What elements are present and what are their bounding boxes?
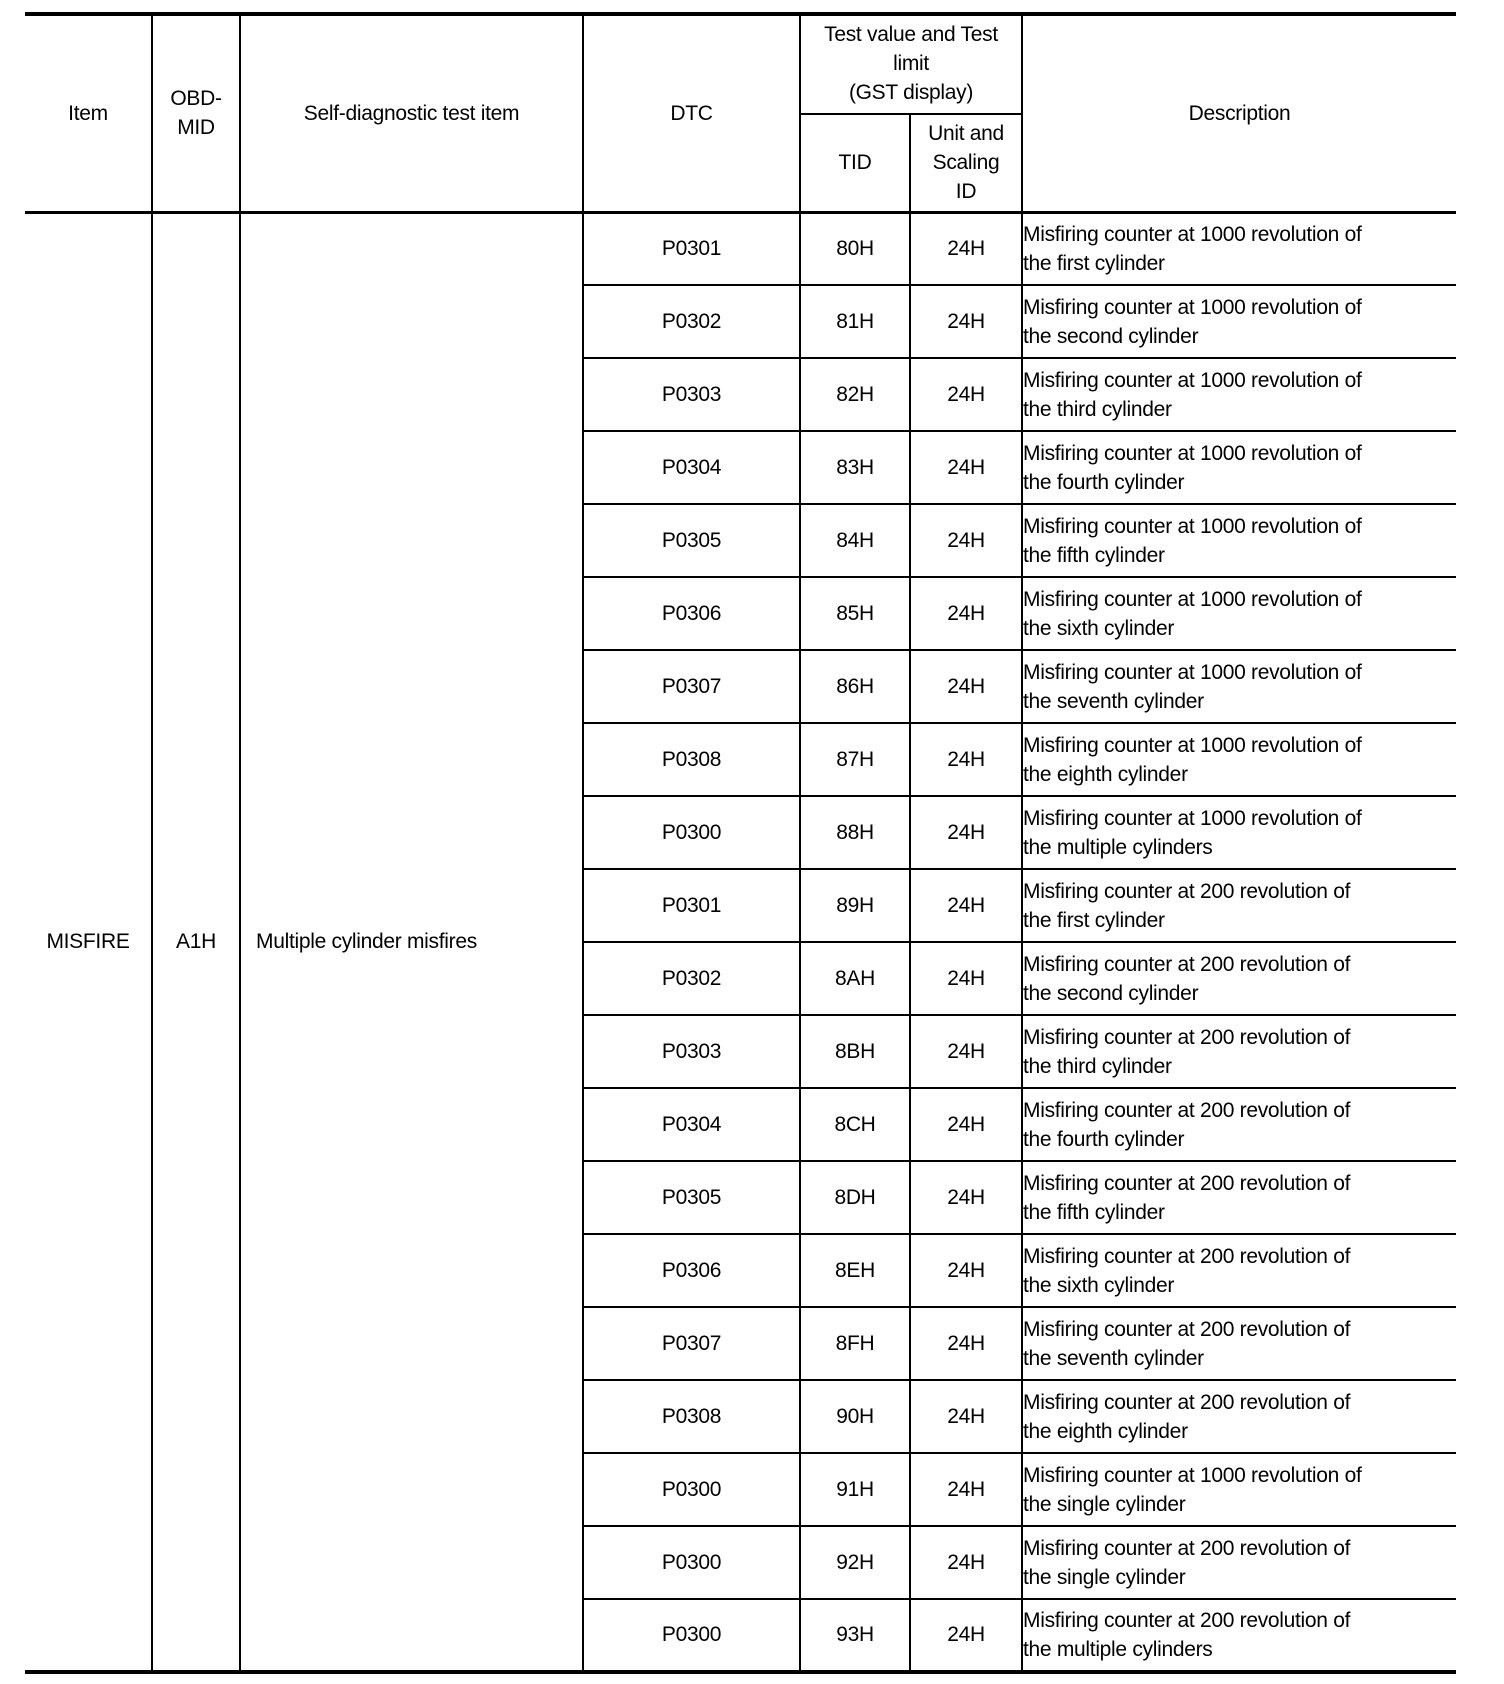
dtc-cell: P0304 — [583, 431, 800, 504]
tid-cell: 89H — [800, 869, 910, 942]
description-line2: the sixth cylinder — [1023, 617, 1174, 640]
unit-value: 24H — [947, 821, 985, 844]
dtc-value: P0300 — [662, 821, 721, 844]
tid-cell: 8BH — [800, 1015, 910, 1088]
description-line2: the third cylinder — [1023, 398, 1172, 421]
header-test-value-line2: limit — [893, 52, 929, 75]
unit-scaling-id-cell: 24H — [910, 358, 1022, 431]
dtc-cell: P0300 — [583, 796, 800, 869]
header-obd-mid-line2: MID — [177, 116, 215, 139]
description-line2: the fourth cylinder — [1023, 471, 1184, 494]
unit-value: 24H — [947, 1551, 985, 1574]
dtc-value: P0304 — [662, 1113, 721, 1136]
self-diag-value: Multiple cylinder misfires — [256, 930, 477, 953]
dtc-value: P0301 — [662, 894, 721, 917]
tid-value: 90H — [836, 1405, 874, 1428]
description-line2: the eighth cylinder — [1023, 763, 1188, 786]
item-cell: MISFIRE — [25, 212, 152, 1672]
description-cell: Misfiring counter at 1000 revolution oft… — [1022, 212, 1456, 285]
description-line1: Misfiring counter at 1000 revolution of — [1023, 588, 1362, 611]
obd-mid-value: A1H — [176, 930, 216, 953]
description-line1: Misfiring counter at 1000 revolution of — [1023, 661, 1362, 684]
description-line2: the single cylinder — [1023, 1493, 1185, 1516]
dtc-cell: P0300 — [583, 1453, 800, 1526]
tid-value: 89H — [836, 894, 874, 917]
description-line1: Misfiring counter at 1000 revolution of — [1023, 807, 1362, 830]
description-line2: the seventh cylinder — [1023, 690, 1204, 713]
header-unit-line3: ID — [956, 180, 976, 203]
dtc-cell: P0302 — [583, 285, 800, 358]
dtc-cell: P0305 — [583, 1161, 800, 1234]
unit-scaling-id-cell: 24H — [910, 431, 1022, 504]
unit-value: 24H — [947, 1623, 985, 1646]
description-line2: the fifth cylinder — [1023, 1201, 1165, 1224]
self-diagnostic-test-item-cell: Multiple cylinder misfires — [240, 212, 583, 1672]
tid-cell: 92H — [800, 1526, 910, 1599]
tid-cell: 90H — [800, 1380, 910, 1453]
header-unit-line1: Unit and — [928, 122, 1004, 145]
tid-cell: 93H — [800, 1599, 910, 1672]
description-line1: Misfiring counter at 1000 revolution of — [1023, 515, 1362, 538]
description-cell: Misfiring counter at 200 revolution ofth… — [1022, 1526, 1456, 1599]
unit-scaling-id-cell: 24H — [910, 723, 1022, 796]
header-unit-and-scaling-id: Unit and Scaling ID — [910, 114, 1022, 212]
dtc-cell: P0303 — [583, 1015, 800, 1088]
tid-cell: 8EH — [800, 1234, 910, 1307]
description-line1: Misfiring counter at 200 revolution of — [1023, 1099, 1350, 1122]
dtc-value: P0300 — [662, 1623, 721, 1646]
header-test-value-and-limit: Test value and Test limit (GST display) — [800, 14, 1022, 114]
dtc-cell: P0302 — [583, 942, 800, 1015]
dtc-cell: P0308 — [583, 1380, 800, 1453]
unit-value: 24H — [947, 456, 985, 479]
description-line1: Misfiring counter at 200 revolution of — [1023, 1391, 1350, 1414]
description-cell: Misfiring counter at 200 revolution ofth… — [1022, 1599, 1456, 1672]
tid-cell: 88H — [800, 796, 910, 869]
unit-value: 24H — [947, 310, 985, 333]
description-cell: Misfiring counter at 1000 revolution oft… — [1022, 723, 1456, 796]
description-line1: Misfiring counter at 1000 revolution of — [1023, 734, 1362, 757]
description-line1: Misfiring counter at 1000 revolution of — [1023, 1464, 1362, 1487]
header-description: Description — [1022, 14, 1456, 212]
description-line1: Misfiring counter at 1000 revolution of — [1023, 296, 1362, 319]
tid-cell: 85H — [800, 577, 910, 650]
description-line1: Misfiring counter at 200 revolution of — [1023, 1026, 1350, 1049]
description-cell: Misfiring counter at 200 revolution ofth… — [1022, 1307, 1456, 1380]
description-line1: Misfiring counter at 1000 revolution of — [1023, 223, 1362, 246]
header-dtc-label: DTC — [670, 102, 712, 125]
tid-cell: 8AH — [800, 942, 910, 1015]
tid-value: 92H — [836, 1551, 874, 1574]
dtc-cell: P0307 — [583, 1307, 800, 1380]
description-line1: Misfiring counter at 200 revolution of — [1023, 1245, 1350, 1268]
description-cell: Misfiring counter at 200 revolution ofth… — [1022, 1161, 1456, 1234]
dtc-value: P0302 — [662, 967, 721, 990]
unit-scaling-id-cell: 24H — [910, 285, 1022, 358]
description-line2: the second cylinder — [1023, 325, 1198, 348]
dtc-cell: P0301 — [583, 212, 800, 285]
obd-mid-cell: A1H — [152, 212, 240, 1672]
obd-mid-table: Item OBD- MID Self-diagnostic test item … — [25, 12, 1456, 1674]
unit-value: 24H — [947, 529, 985, 552]
tid-value: 93H — [836, 1623, 874, 1646]
header-obd-mid: OBD- MID — [152, 14, 240, 212]
unit-scaling-id-cell: 24H — [910, 1234, 1022, 1307]
description-line1: Misfiring counter at 200 revolution of — [1023, 1609, 1350, 1632]
unit-scaling-id-cell: 24H — [910, 650, 1022, 723]
tid-value: 82H — [836, 383, 874, 406]
description-line1: Misfiring counter at 1000 revolution of — [1023, 369, 1362, 392]
tid-value: 8FH — [836, 1332, 875, 1355]
description-cell: Misfiring counter at 1000 revolution oft… — [1022, 285, 1456, 358]
description-line2: the first cylinder — [1023, 909, 1165, 932]
tid-value: 83H — [836, 456, 874, 479]
description-line1: Misfiring counter at 200 revolution of — [1023, 1537, 1350, 1560]
description-cell: Misfiring counter at 1000 revolution oft… — [1022, 1453, 1456, 1526]
header-obd-mid-line1: OBD- — [170, 87, 221, 110]
unit-value: 24H — [947, 237, 985, 260]
description-cell: Misfiring counter at 1000 revolution oft… — [1022, 431, 1456, 504]
dtc-value: P0306 — [662, 602, 721, 625]
dtc-cell: P0307 — [583, 650, 800, 723]
unit-value: 24H — [947, 383, 985, 406]
tid-value: 8AH — [835, 967, 875, 990]
description-line2: the third cylinder — [1023, 1055, 1172, 1078]
dtc-value: P0301 — [662, 237, 721, 260]
tid-value: 8BH — [835, 1040, 875, 1063]
dtc-cell: P0301 — [583, 869, 800, 942]
description-line1: Misfiring counter at 1000 revolution of — [1023, 442, 1362, 465]
description-cell: Misfiring counter at 200 revolution ofth… — [1022, 1380, 1456, 1453]
tid-value: 81H — [836, 310, 874, 333]
unit-scaling-id-cell: 24H — [910, 1526, 1022, 1599]
dtc-cell: P0306 — [583, 1234, 800, 1307]
tid-value: 80H — [836, 237, 874, 260]
description-cell: Misfiring counter at 1000 revolution oft… — [1022, 796, 1456, 869]
dtc-value: P0304 — [662, 456, 721, 479]
header-item: Item — [25, 14, 152, 212]
table-body: MISFIRE A1H Multiple cylinder misfires P… — [25, 212, 1456, 1672]
tid-value: 8DH — [834, 1186, 875, 1209]
description-line2: the eighth cylinder — [1023, 1420, 1188, 1443]
dtc-value: P0307 — [662, 1332, 721, 1355]
tid-cell: 81H — [800, 285, 910, 358]
description-line1: Misfiring counter at 200 revolution of — [1023, 1172, 1350, 1195]
unit-scaling-id-cell: 24H — [910, 796, 1022, 869]
tid-value: 87H — [836, 748, 874, 771]
description-line2: the multiple cylinders — [1023, 1638, 1213, 1661]
dtc-cell: P0305 — [583, 504, 800, 577]
tid-cell: 91H — [800, 1453, 910, 1526]
tid-value: 8CH — [834, 1113, 875, 1136]
description-line2: the fourth cylinder — [1023, 1128, 1184, 1151]
header-item-label: Item — [68, 102, 108, 125]
tid-cell: 82H — [800, 358, 910, 431]
header-test-value-line1: Test value and Test — [824, 23, 998, 46]
description-cell: Misfiring counter at 1000 revolution oft… — [1022, 358, 1456, 431]
unit-scaling-id-cell: 24H — [910, 942, 1022, 1015]
description-cell: Misfiring counter at 1000 revolution oft… — [1022, 650, 1456, 723]
dtc-cell: P0306 — [583, 577, 800, 650]
description-line2: the single cylinder — [1023, 1566, 1185, 1589]
tid-value: 91H — [836, 1478, 874, 1501]
dtc-value: P0308 — [662, 748, 721, 771]
unit-scaling-id-cell: 24H — [910, 1307, 1022, 1380]
dtc-value: P0305 — [662, 529, 721, 552]
unit-value: 24H — [947, 967, 985, 990]
tid-value: 85H — [836, 602, 874, 625]
unit-scaling-id-cell: 24H — [910, 1015, 1022, 1088]
unit-scaling-id-cell: 24H — [910, 212, 1022, 285]
dtc-value: P0308 — [662, 1405, 721, 1428]
unit-value: 24H — [947, 1332, 985, 1355]
dtc-cell: P0303 — [583, 358, 800, 431]
unit-value: 24H — [947, 1478, 985, 1501]
tid-cell: 8DH — [800, 1161, 910, 1234]
tid-cell: 8CH — [800, 1088, 910, 1161]
dtc-cell: P0304 — [583, 1088, 800, 1161]
description-cell: Misfiring counter at 200 revolution ofth… — [1022, 869, 1456, 942]
unit-scaling-id-cell: 24H — [910, 1599, 1022, 1672]
tid-cell: 84H — [800, 504, 910, 577]
description-line2: the first cylinder — [1023, 252, 1165, 275]
header-description-label: Description — [1189, 102, 1291, 125]
item-value: MISFIRE — [46, 930, 129, 953]
unit-scaling-id-cell: 24H — [910, 1380, 1022, 1453]
unit-value: 24H — [947, 1259, 985, 1282]
dtc-value: P0300 — [662, 1478, 721, 1501]
description-cell: Misfiring counter at 1000 revolution oft… — [1022, 577, 1456, 650]
header-tid: TID — [800, 114, 910, 212]
tid-value: 86H — [836, 675, 874, 698]
unit-value: 24H — [947, 1186, 985, 1209]
dtc-cell: P0300 — [583, 1526, 800, 1599]
tid-cell: 8FH — [800, 1307, 910, 1380]
description-line2: the sixth cylinder — [1023, 1274, 1174, 1297]
unit-scaling-id-cell: 24H — [910, 1453, 1022, 1526]
header-dtc: DTC — [583, 14, 800, 212]
unit-value: 24H — [947, 1040, 985, 1063]
unit-value: 24H — [947, 602, 985, 625]
table-row: MISFIRE A1H Multiple cylinder misfires P… — [25, 212, 1456, 285]
unit-value: 24H — [947, 894, 985, 917]
unit-value: 24H — [947, 1405, 985, 1428]
unit-scaling-id-cell: 24H — [910, 869, 1022, 942]
dtc-cell: P0308 — [583, 723, 800, 796]
description-line1: Misfiring counter at 200 revolution of — [1023, 880, 1350, 903]
tid-cell: 87H — [800, 723, 910, 796]
unit-scaling-id-cell: 24H — [910, 504, 1022, 577]
dtc-value: P0303 — [662, 383, 721, 406]
dtc-value: P0305 — [662, 1186, 721, 1209]
description-line2: the fifth cylinder — [1023, 544, 1165, 567]
description-cell: Misfiring counter at 200 revolution ofth… — [1022, 1088, 1456, 1161]
description-line1: Misfiring counter at 200 revolution of — [1023, 953, 1350, 976]
dtc-cell: P0300 — [583, 1599, 800, 1672]
header-unit-line2: Scaling — [933, 151, 1000, 174]
tid-value: 84H — [836, 529, 874, 552]
description-line2: the seventh cylinder — [1023, 1347, 1204, 1370]
header-tid-label: TID — [839, 151, 872, 174]
description-line1: Misfiring counter at 200 revolution of — [1023, 1318, 1350, 1341]
description-cell: Misfiring counter at 200 revolution ofth… — [1022, 1015, 1456, 1088]
unit-scaling-id-cell: 24H — [910, 577, 1022, 650]
description-cell: Misfiring counter at 1000 revolution oft… — [1022, 504, 1456, 577]
tid-cell: 80H — [800, 212, 910, 285]
unit-scaling-id-cell: 24H — [910, 1088, 1022, 1161]
header-self-diag-label: Self-diagnostic test item — [304, 102, 519, 125]
dtc-value: P0307 — [662, 675, 721, 698]
dtc-value: P0300 — [662, 1551, 721, 1574]
dtc-value: P0303 — [662, 1040, 721, 1063]
unit-value: 24H — [947, 675, 985, 698]
tid-value: 8EH — [835, 1259, 875, 1282]
unit-scaling-id-cell: 24H — [910, 1161, 1022, 1234]
header-test-value-line3: (GST display) — [849, 81, 973, 104]
description-line2: the multiple cylinders — [1023, 836, 1213, 859]
description-cell: Misfiring counter at 200 revolution ofth… — [1022, 1234, 1456, 1307]
dtc-value: P0306 — [662, 1259, 721, 1282]
dtc-value: P0302 — [662, 310, 721, 333]
unit-value: 24H — [947, 748, 985, 771]
description-cell: Misfiring counter at 200 revolution ofth… — [1022, 942, 1456, 1015]
tid-value: 88H — [836, 821, 874, 844]
description-line2: the second cylinder — [1023, 982, 1198, 1005]
table-header: Item OBD- MID Self-diagnostic test item … — [25, 14, 1456, 212]
tid-cell: 83H — [800, 431, 910, 504]
unit-value: 24H — [947, 1113, 985, 1136]
header-self-diagnostic-test-item: Self-diagnostic test item — [240, 14, 583, 212]
tid-cell: 86H — [800, 650, 910, 723]
